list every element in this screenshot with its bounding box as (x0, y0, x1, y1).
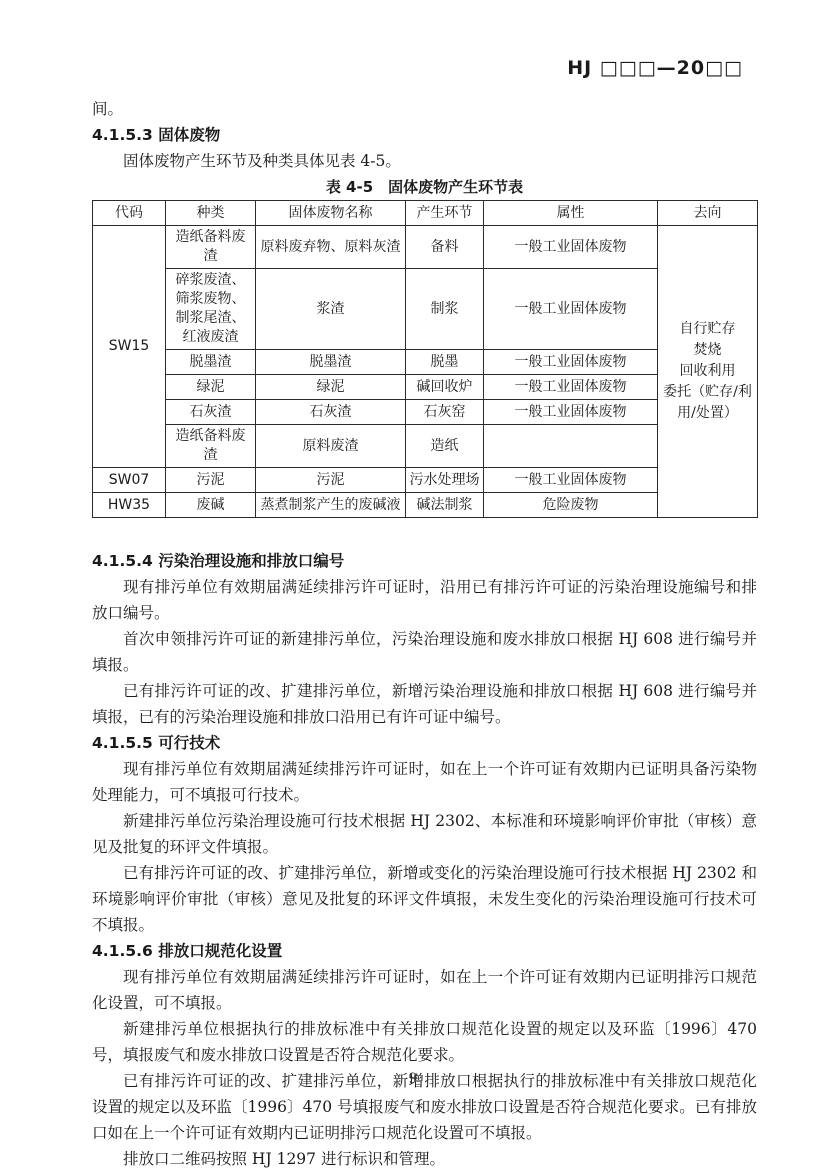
table-cell: 碎浆废渣、筛浆废物、制浆尾渣、红液废渣 (166, 269, 256, 350)
table-cell: 造纸 (406, 425, 484, 468)
section-heading: 4.1.5.6 排放口规范化设置 (92, 938, 757, 964)
section-heading: 4.1.5.4 污染治理设施和排放口编号 (92, 548, 757, 574)
table-cell (484, 425, 658, 468)
table-cell: 一般工业固体废物 (484, 350, 658, 375)
table-cell: 污泥 (256, 468, 406, 493)
destination-line: 焚烧 (661, 340, 754, 361)
table-cell: 脱墨渣 (256, 350, 406, 375)
section-heading: 4.1.5.3 固体废物 (92, 122, 757, 148)
paragraph: 现有排污单位有效期届满延续排污许可证时，如在上一个许可证有效期内已证明具备污染物… (92, 756, 757, 808)
section-4156: 4.1.5.6 排放口规范化设置 现有排污单位有效期届满延续排污许可证时，如在上… (92, 938, 757, 1169)
page-content: HJ □□□—20□□ 间。 4.1.5.3 固体废物 固体废物产生环节及种类具… (92, 56, 757, 1169)
column-header: 种类 (166, 201, 256, 226)
table-cell: 绿泥 (166, 375, 256, 400)
table-cell: 一般工业固体废物 (484, 400, 658, 425)
table-cell: 绿泥 (256, 375, 406, 400)
destination-cell: 自行贮存 焚烧 回收利用 委托（贮存/利用/处置） (658, 226, 758, 518)
table-cell: 脱墨 (406, 350, 484, 375)
column-header: 产生环节 (406, 201, 484, 226)
paragraph: 新建排污单位污染治理设施可行技术根据 HJ 2302、本标准和环境影响评价审批（… (92, 808, 757, 860)
code-cell: SW07 (93, 468, 166, 493)
table-cell: 一般工业固体废物 (484, 226, 658, 269)
column-header: 属性 (484, 201, 658, 226)
paragraph: 排放口二维码按照 HJ 1297 进行标识和管理。 (92, 1146, 757, 1169)
column-header: 固体废物名称 (256, 201, 406, 226)
table-cell: 一般工业固体废物 (484, 468, 658, 493)
table-cell: 脱墨渣 (166, 350, 256, 375)
paragraph: 已有排污许可证的改、扩建排污单位，新增污染治理设施和排放口根据 HJ 608 进… (92, 678, 757, 730)
table-cell: 浆渣 (256, 269, 406, 350)
table-header-row: 代码 种类 固体废物名称 产生环节 属性 去向 (93, 201, 758, 226)
paragraph: 已有排污许可证的改、扩建排污单位，新增或变化的污染治理设施可行技术根据 HJ 2… (92, 860, 757, 938)
column-header: 去向 (658, 201, 758, 226)
carryover-text: 间。 (92, 96, 757, 122)
table-cell: 石灰渣 (256, 400, 406, 425)
table-cell: 原料废渣 (256, 425, 406, 468)
code-cell: SW15 (93, 226, 166, 468)
section-4153: 4.1.5.3 固体废物 固体废物产生环节及种类具体见表 4-5。 (92, 122, 757, 174)
destination-line: 回收利用 (661, 361, 754, 382)
destination-line: 委托（贮存/利用/处置） (661, 382, 754, 424)
section-4155: 4.1.5.5 可行技术 现有排污单位有效期届满延续排污许可证时，如在上一个许可… (92, 730, 757, 938)
table-row: SW15 造纸备料废渣 原料废弃物、原料灰渣 备料 一般工业固体废物 自行贮存 … (93, 226, 758, 269)
table-cell: 石灰窑 (406, 400, 484, 425)
table-cell: 造纸备料废渣 (166, 425, 256, 468)
column-header: 代码 (93, 201, 166, 226)
table-cell: 蒸煮制浆产生的废碱液 (256, 493, 406, 518)
paragraph: 现有排污单位有效期届满延续排污许可证时，如在上一个许可证有效期内已证明排污口规范… (92, 964, 757, 1016)
table-cell: 造纸备料废渣 (166, 226, 256, 269)
section-4154: 4.1.5.4 污染治理设施和排放口编号 现有排污单位有效期届满延续排污许可证时… (92, 548, 757, 730)
table-cell: 碱法制浆 (406, 493, 484, 518)
section-heading: 4.1.5.5 可行技术 (92, 730, 757, 756)
table-cell: 危险废物 (484, 493, 658, 518)
table-cell: 石灰渣 (166, 400, 256, 425)
table-cell: 污泥 (166, 468, 256, 493)
table-cell: 原料废弃物、原料灰渣 (256, 226, 406, 269)
table-cell: 碱回收炉 (406, 375, 484, 400)
table-cell: 备料 (406, 226, 484, 269)
table-cell: 一般工业固体废物 (484, 375, 658, 400)
page-number: 9 (0, 1066, 826, 1092)
table-cell: 污水处理场 (406, 468, 484, 493)
table-cell: 废碱 (166, 493, 256, 518)
code-cell: HW35 (93, 493, 166, 518)
destination-line: 自行贮存 (661, 319, 754, 340)
paragraph: 新建排污单位根据执行的排放标准中有关排放口规范化设置的规定以及环监〔1996〕4… (92, 1016, 757, 1068)
paragraph: 固体废物产生环节及种类具体见表 4-5。 (92, 148, 757, 174)
document-page: HJ □□□—20□□ 间。 4.1.5.3 固体废物 固体废物产生环节及种类具… (0, 0, 826, 1169)
table-cell: 制浆 (406, 269, 484, 350)
standard-number-header: HJ □□□—20□□ (92, 56, 757, 80)
paragraph: 首次申领排污许可证的新建排污单位，污染治理设施和废水排放口根据 HJ 608 进… (92, 626, 757, 678)
paragraph: 现有排污单位有效期届满延续排污许可证时，沿用已有排污许可证的污染治理设施编号和排… (92, 574, 757, 626)
table-cell: 一般工业固体废物 (484, 269, 658, 350)
solid-waste-table: 代码 种类 固体废物名称 产生环节 属性 去向 SW15 造纸备料废渣 原料废弃… (92, 200, 758, 518)
table-caption: 表 4-5 固体废物产生环节表 (92, 176, 757, 198)
